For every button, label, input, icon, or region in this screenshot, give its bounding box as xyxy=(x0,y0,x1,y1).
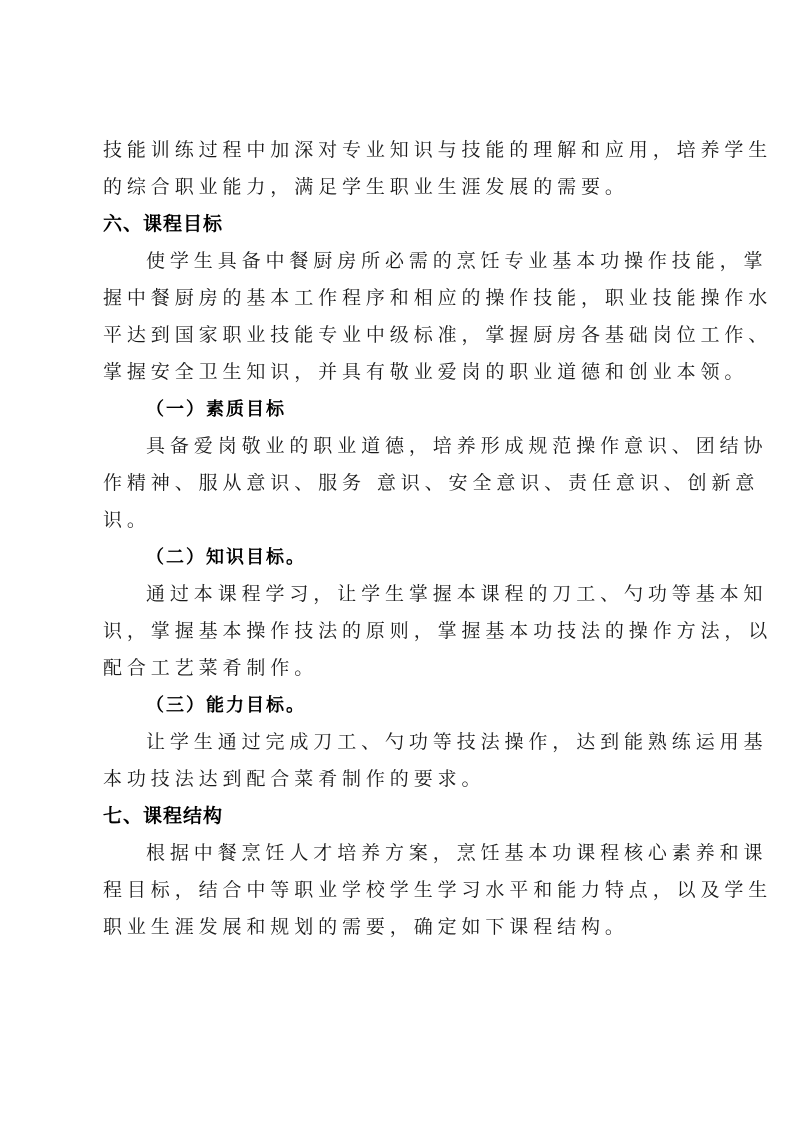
text-line: 作精神、服从意识、服务 意识、安全意识、责任意识、创新意 xyxy=(103,465,693,502)
text-line: 配合工艺菜肴制作。 xyxy=(103,650,693,687)
knowledge-objectives-paragraph: 通过本课程学习，让学生掌握本课程的刀工、勺功等基本知 识，掌握基本操作技法的原则… xyxy=(103,576,693,687)
text-line: 根据中餐烹饪人才培养方案，烹饪基本功课程核心素养和课 xyxy=(103,835,693,872)
text-line: 使学生具备中餐厨房所必需的烹饪专业基本功操作技能，掌 xyxy=(103,243,693,280)
section-heading-course-structure: 七、课程结构 xyxy=(103,798,693,835)
document-page: 技能训练过程中加深对专业知识与技能的理解和应用，培养学生 的综合职业能力，满足学… xyxy=(103,132,693,946)
continuation-paragraph: 技能训练过程中加深对专业知识与技能的理解和应用，培养学生 的综合职业能力，满足学… xyxy=(103,132,693,206)
text-line: 掌握安全卫生知识，并具有敬业爱岗的职业道德和创业本领。 xyxy=(103,354,693,391)
text-line: 通过本课程学习，让学生掌握本课程的刀工、勺功等基本知 xyxy=(103,576,693,613)
text-line: 让学生通过完成刀工、勺功等技法操作，达到能熟练运用基 xyxy=(103,724,693,761)
text-line: 具备爱岗敬业的职业道德，培养形成规范操作意识、团结协 xyxy=(103,428,693,465)
text-line: 技能训练过程中加深对专业知识与技能的理解和应用，培养学生 xyxy=(103,132,693,169)
text-line: 平达到国家职业技能专业中级标准，掌握厨房各基础岗位工作、 xyxy=(103,317,693,354)
course-structure-paragraph: 根据中餐烹饪人才培养方案，烹饪基本功课程核心素养和课 程目标，结合中等职业学校学… xyxy=(103,835,693,946)
text-line: 职业生涯发展和规划的需要，确定如下课程结构。 xyxy=(103,909,693,946)
quality-objectives-paragraph: 具备爱岗敬业的职业道德，培养形成规范操作意识、团结协 作精神、服从意识、服务 意… xyxy=(103,428,693,539)
text-line: 识，掌握基本操作技法的原则，掌握基本功技法的操作方法，以 xyxy=(103,613,693,650)
subsection-heading-knowledge-objectives: （二）知识目标。 xyxy=(103,539,693,576)
text-line: 的综合职业能力，满足学生职业生涯发展的需要。 xyxy=(103,169,693,206)
subsection-heading-quality-objectives: （一）素质目标 xyxy=(103,391,693,428)
text-line: 程目标，结合中等职业学校学生学习水平和能力特点，以及学生 xyxy=(103,872,693,909)
text-line: 识。 xyxy=(103,502,693,539)
subsection-heading-ability-objectives: （三）能力目标。 xyxy=(103,687,693,724)
section-heading-course-objectives: 六、课程目标 xyxy=(103,206,693,243)
text-line: 握中餐厨房的基本工作程序和相应的操作技能，职业技能操作水 xyxy=(103,280,693,317)
ability-objectives-paragraph: 让学生通过完成刀工、勺功等技法操作，达到能熟练运用基 本功技法达到配合菜肴制作的… xyxy=(103,724,693,798)
course-objectives-intro-paragraph: 使学生具备中餐厨房所必需的烹饪专业基本功操作技能，掌 握中餐厨房的基本工作程序和… xyxy=(103,243,693,391)
text-line: 本功技法达到配合菜肴制作的要求。 xyxy=(103,761,693,798)
